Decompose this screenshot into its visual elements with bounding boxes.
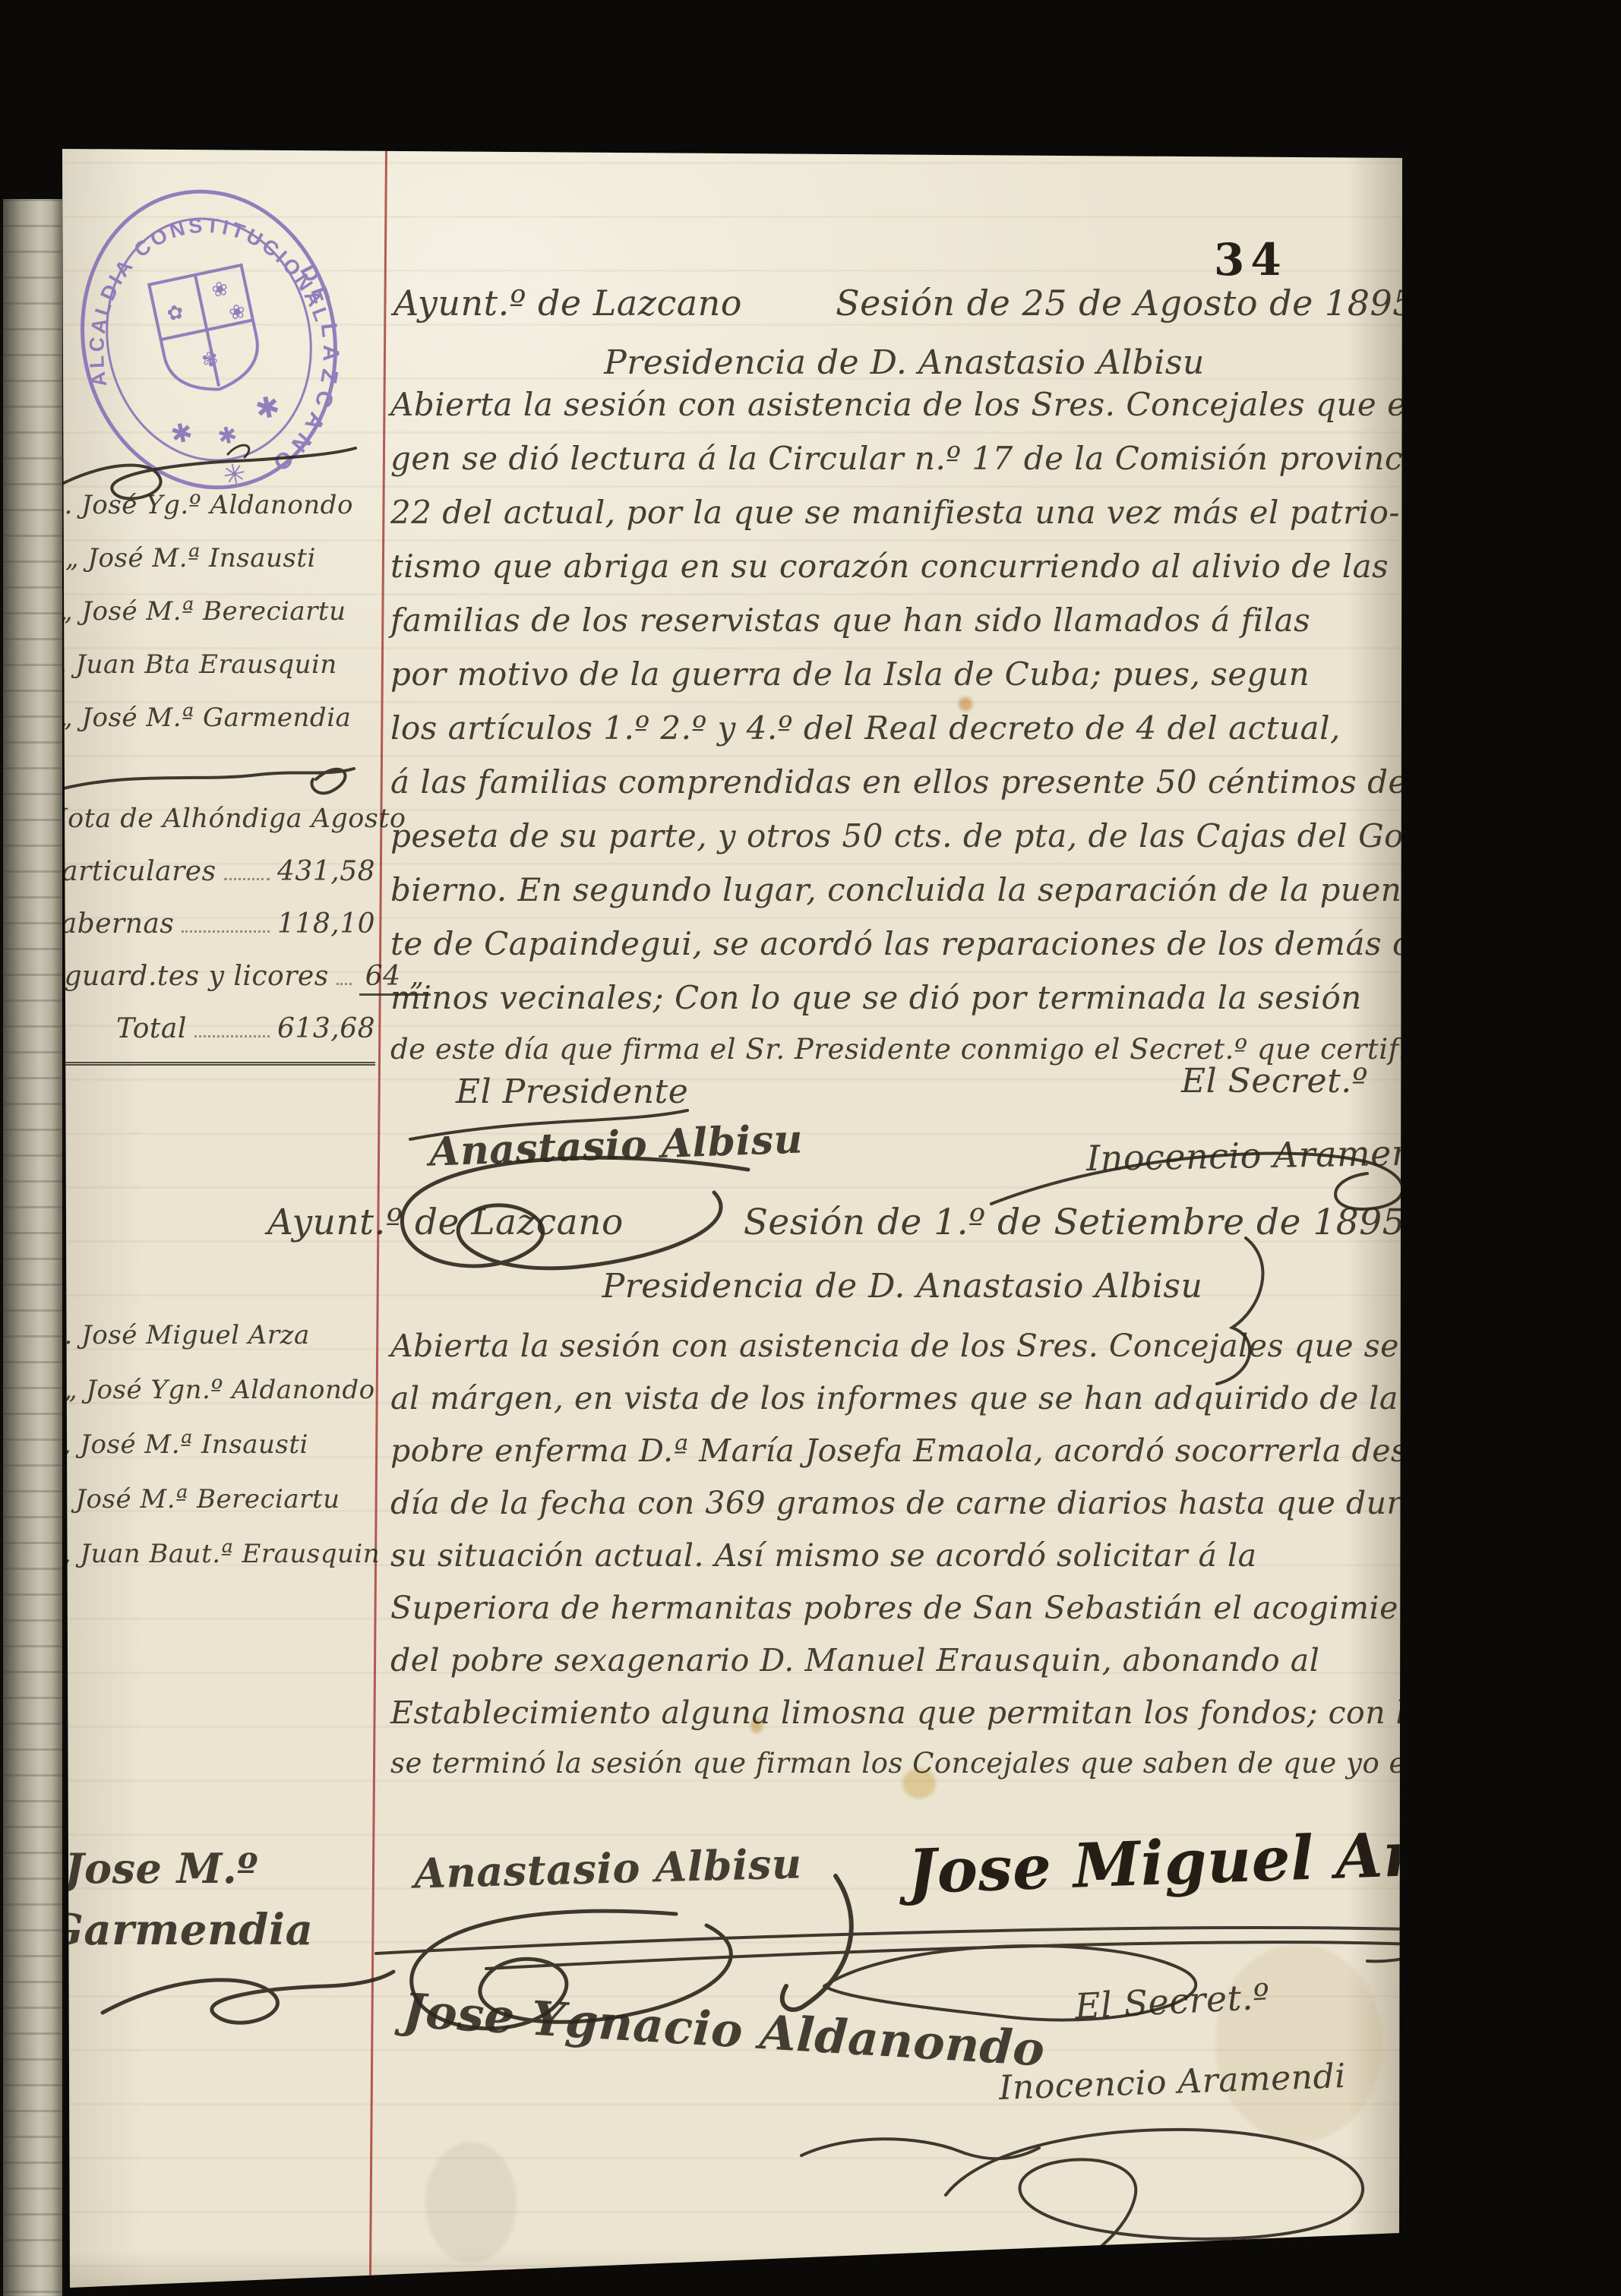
manuscript-page: 34 ALCALDIA CONSTITUCIONAL DE LAZCANO: [0, 0, 1621, 2296]
book-spine: [3, 199, 62, 2296]
scanned-document: 34 ALCALDIA CONSTITUCIONAL DE LAZCANO: [0, 0, 1621, 2296]
signature-flourishes: [0, 0, 1621, 2296]
